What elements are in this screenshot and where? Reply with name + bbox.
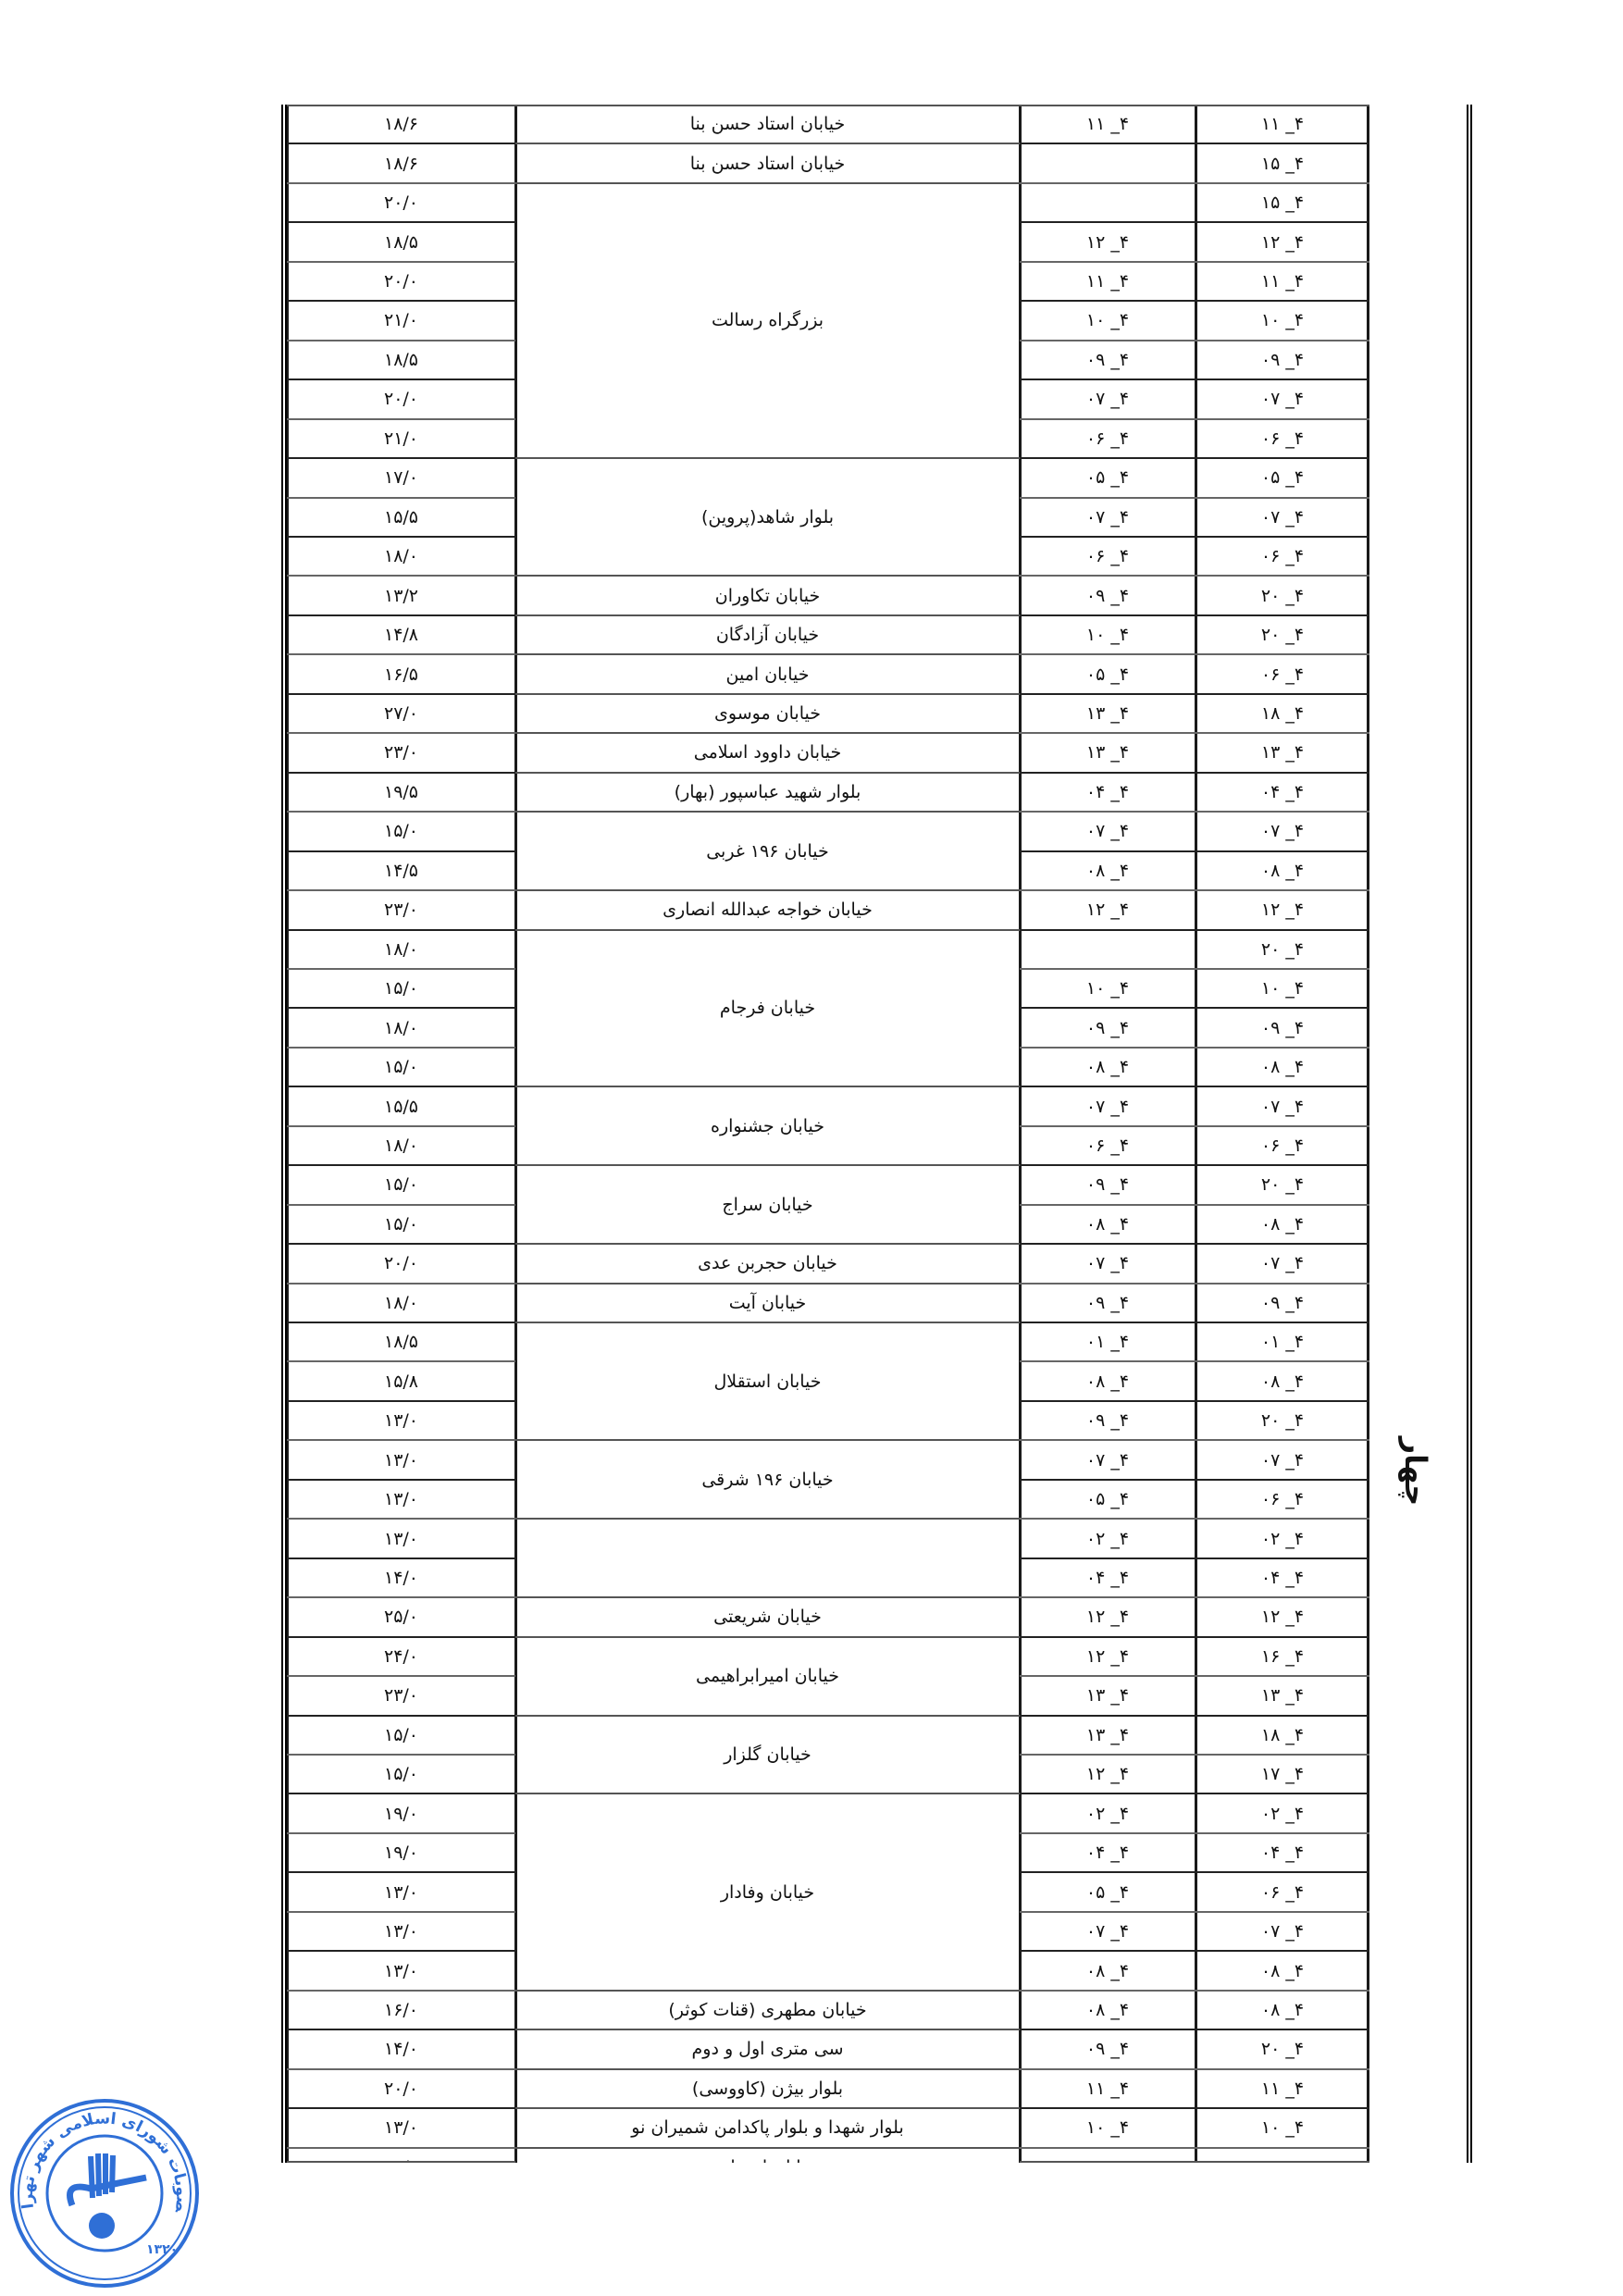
code-a-cell: ۴_ ۰۹ — [1196, 1284, 1369, 1322]
code-a-cell: ۴_ ۲۰ — [1196, 2029, 1369, 2068]
speed-value-cell: ۱۳/۰ — [287, 1872, 515, 1911]
street-name-cell: خیابان حجربن عدی — [515, 1244, 1020, 1283]
code-a-cell: ۴_ ۰۸ — [1196, 1361, 1369, 1400]
code-a-cell: ۴_ ۰۷ — [1196, 1244, 1369, 1283]
code-a-cell: ۴_ ۱۷ — [1196, 1755, 1369, 1793]
code-a-cell: ۴_ ۱۵ — [1196, 183, 1369, 222]
code-a-cell: ۴_ ۰۷ — [1196, 1086, 1369, 1125]
code-a-cell: ۴_ ۰۹ — [1196, 341, 1369, 379]
street-name-cell: خیابان سراج — [515, 1165, 1020, 1244]
speed-value-cell: ۱۸/۰ — [287, 1284, 515, 1322]
outer-border-right — [1467, 105, 1468, 2163]
speed-value-cell: ۲۰/۰ — [287, 1244, 515, 1283]
speed-value-cell: ۱۳/۲ — [287, 576, 515, 614]
code-a-cell: ۴_ ۰۷ — [1196, 1440, 1369, 1479]
code-a-cell: ۴_ ۰۸ — [1196, 1991, 1369, 2029]
code-b-cell: ۴_ ۰۷ — [1020, 498, 1196, 537]
code-b-cell: ۴_ ۰۷ — [1020, 1440, 1196, 1479]
speed-value-cell: ۱۳/۰ — [287, 1951, 515, 1990]
outer-border-right-inner — [1470, 105, 1472, 2163]
table-bottom-border — [287, 2161, 515, 2163]
code-a-cell: ۴_ ۰۶ — [1196, 537, 1369, 576]
code-b-cell: ۴_ ۰۹ — [1020, 2029, 1196, 2068]
code-b-cell: ۴_ ۱۳ — [1020, 1716, 1196, 1755]
code-b-cell: ۴_ ۰۴ — [1020, 1558, 1196, 1597]
code-b-cell: ۴_ ۱۰ — [1020, 969, 1196, 1008]
code-b-cell — [1020, 930, 1196, 969]
code-b-cell: ۴_ ۰۷ — [1020, 1912, 1196, 1951]
speed-value-cell: ۲۷/۰ — [287, 694, 515, 733]
speed-value-cell: ۲۳/۰ — [287, 1676, 515, 1715]
street-name-cell: خیابان استاد حسن بنا — [515, 105, 1020, 143]
speed-value-cell: ۱۸/۰ — [287, 537, 515, 576]
code-a-cell: ۴_ ۱۳ — [1196, 1676, 1369, 1715]
speed-value-cell: ۱۶/۰ — [287, 1991, 515, 2029]
code-a-cell: ۴_ ۰۷ — [1196, 812, 1369, 850]
speed-value-cell: ۲۰/۰ — [287, 262, 515, 301]
code-b-cell: ۴_ ۰۷ — [1020, 379, 1196, 418]
code-a-cell: ۴_ ۱۵ — [1196, 143, 1369, 182]
code-a-cell: ۴_ ۱۰ — [1196, 969, 1369, 1008]
code-b-cell: ۴_ ۱۰ — [1020, 615, 1196, 654]
code-b-cell: ۴_ ۰۹ — [1020, 1401, 1196, 1440]
code-a-cell: ۴_ ۰۹ — [1196, 1008, 1369, 1047]
table-bottom-border — [1020, 2161, 1369, 2163]
code-b-cell: ۴_ ۰۷ — [1020, 1086, 1196, 1125]
street-name-cell: خیابان تکاوران — [515, 576, 1020, 614]
code-b-cell: ۴_ ۰۸ — [1020, 851, 1196, 890]
speed-value-cell: ۱۵/۸ — [287, 1361, 515, 1400]
code-b-cell: ۴_ ۱۱ — [1020, 105, 1196, 143]
speed-value-cell: ۱۳/۰ — [287, 1440, 515, 1479]
speed-value-cell: ۲۳/۰ — [287, 733, 515, 772]
code-b-cell: ۴_ ۰۴ — [1020, 773, 1196, 812]
speed-value-cell: ۱۵/۵ — [287, 498, 515, 537]
code-a-cell: ۴_ ۲۰ — [1196, 1165, 1369, 1204]
code-b-cell: ۴_ ۰۵ — [1020, 654, 1196, 693]
street-name-cell: خیابان احسان — [515, 2148, 1020, 2163]
speed-value-cell: ۲۵/۰ — [287, 1597, 515, 1636]
speed-value-cell: ۱۶/۵ — [287, 654, 515, 693]
speed-value-cell: ۲۰/۰ — [287, 183, 515, 222]
code-a-cell: ۴_ ۰۲ — [1196, 1519, 1369, 1558]
code-a-cell: ۴_ ۰۸ — [1196, 1205, 1369, 1244]
code-a-cell: ۴_ ۲۰ — [1196, 930, 1369, 969]
code-a-cell: ۴_ ۰۶ — [1196, 1126, 1369, 1165]
speed-value-cell: ۱۵/۰ — [287, 1048, 515, 1086]
code-a-cell: ۴_ ۰۷ — [1196, 1912, 1369, 1951]
speed-value-cell: ۱۸/۰ — [287, 1126, 515, 1165]
speed-value-cell: ۱۸/۵ — [287, 1322, 515, 1361]
code-b-cell: ۴_ ۰۱ — [1020, 1322, 1196, 1361]
code-b-cell: ۴_ ۱۰ — [1020, 301, 1196, 340]
code-a-cell: ۴_ ۰۴ — [1196, 773, 1369, 812]
code-b-cell — [1020, 183, 1196, 222]
street-name-cell: خیابان داوود اسلامی — [515, 733, 1020, 772]
code-b-cell: ۴_ ۱۱ — [1020, 262, 1196, 301]
code-b-cell: ۴_ ۱۳ — [1020, 1676, 1196, 1715]
code-b-cell: ۴_ ۰۹ — [1020, 341, 1196, 379]
code-a-cell: ۴_ ۲۰ — [1196, 576, 1369, 614]
code-b-cell: ۴_ ۰۸ — [1020, 1048, 1196, 1086]
code-b-cell: ۴_ ۰۷ — [1020, 1244, 1196, 1283]
code-a-cell: ۴_ ۰۱ — [1196, 1322, 1369, 1361]
street-name-cell — [515, 1519, 1020, 1597]
outer-border-left — [281, 105, 283, 2163]
speed-table: ۱۸/۶۴_ ۱۱۴_ ۱۱۱۸/۶۴_ ۱۵۲۰/۰۴_ ۱۵۱۸/۵۴_ ۱… — [287, 105, 1369, 2163]
code-b-cell: ۴_ ۰۹ — [1020, 1284, 1196, 1322]
code-a-cell: ۴_ ۰۸ — [1196, 1048, 1369, 1086]
street-name-cell: خیابان امین — [515, 654, 1020, 693]
code-b-cell: ۴_ ۰۸ — [1020, 1951, 1196, 1990]
code-a-cell: ۴_ ۱۶ — [1196, 1637, 1369, 1676]
code-b-cell: ۴_ ۱۲ — [1020, 1597, 1196, 1636]
street-name-cell: سی متری اول و دوم — [515, 2029, 1020, 2068]
street-name-cell: خیابان مطهری (قنات کوثر) — [515, 1991, 1020, 2029]
code-a-cell: ۴_ ۰۶ — [1196, 419, 1369, 458]
street-name-cell: خیابان وفادار — [515, 1793, 1020, 1990]
speed-value-cell: ۱۴/۰ — [287, 2029, 515, 2068]
speed-value-cell: ۱۵/۰ — [287, 969, 515, 1008]
street-name-cell: بلوار شاهد(پروین) — [515, 458, 1020, 576]
code-a-cell: ۴_ ۱۱ — [1196, 262, 1369, 301]
code-a-cell: ۴_ ۱۱ — [1196, 105, 1369, 143]
code-a-cell: ۴_ ۱۱ — [1196, 2069, 1369, 2108]
code-b-cell: ۴_ ۰۹ — [1020, 576, 1196, 614]
code-b-cell: ۴_ ۰۲ — [1020, 1519, 1196, 1558]
code-a-cell: ۴_ ۰۶ — [1196, 1872, 1369, 1911]
speed-value-cell: ۱۵/۰ — [287, 1165, 515, 1204]
street-name-cell: خیابان خواجه عبدالله انصاری — [515, 890, 1020, 929]
council-seal-icon: مصوبات شورای اسلامی شهر تهران ۱۳۲۰ — [7, 2096, 202, 2290]
speed-value-cell: ۱۴/۵ — [287, 851, 515, 890]
svg-text:۱۳۲۰: ۱۳۲۰ — [146, 2242, 178, 2257]
code-b-cell: ۴_ ۱۲ — [1020, 222, 1196, 261]
speed-value-cell: ۱۵/۰ — [287, 812, 515, 850]
street-name-cell: بلوار شهید عباسپور (بهار) — [515, 773, 1020, 812]
code-b-cell: ۴_ ۰۴ — [1020, 1833, 1196, 1872]
street-name-cell: خیابان شریعتی — [515, 1597, 1020, 1636]
code-b-cell: ۴_ ۰۸ — [1020, 1991, 1196, 2029]
code-a-cell: ۴_ ۱۰ — [1196, 2108, 1369, 2147]
side-label: چهار — [1388, 1444, 1443, 1499]
speed-value-cell: ۲۰/۰ — [287, 2069, 515, 2108]
code-a-cell: ۴_ ۰۶ — [1196, 1480, 1369, 1519]
code-a-cell: ۴_ ۰۸ — [1196, 851, 1369, 890]
speed-value-cell: ۲۰/۰ — [287, 379, 515, 418]
code-a-cell: ۴_ ۱۰ — [1196, 301, 1369, 340]
speed-value-cell: ۱۳/۰ — [287, 1912, 515, 1951]
code-a-cell: ۴_ ۰۴ — [1196, 1833, 1369, 1872]
street-name-cell: خیابان امیرابراهیمی — [515, 1637, 1020, 1716]
code-a-cell: ۴_ ۱۲ — [1196, 1597, 1369, 1636]
street-name-cell: بلوار شهدا و بلوار پاکدامن شمیران نو — [515, 2108, 1020, 2147]
code-a-cell: ۴_ ۱۸ — [1196, 694, 1369, 733]
speed-value-cell: ۱۵/۰ — [287, 1716, 515, 1755]
code-b-cell: ۴_ ۰۵ — [1020, 458, 1196, 497]
speed-value-cell: ۱۸/۰ — [287, 1008, 515, 1047]
code-a-cell: ۴_ ۱۲ — [1196, 222, 1369, 261]
speed-value-cell: ۱۸/۵ — [287, 222, 515, 261]
speed-value-cell: ۱۳/۰ — [287, 1480, 515, 1519]
code-b-cell: ۴_ ۰۶ — [1020, 419, 1196, 458]
street-name-cell: خیابان موسوی — [515, 694, 1020, 733]
code-b-cell — [1020, 143, 1196, 182]
speed-value-cell: ۱۴/۰ — [287, 1558, 515, 1597]
street-name-cell: خیابان فرجام — [515, 930, 1020, 1087]
code-b-cell: ۴_ ۰۵ — [1020, 1480, 1196, 1519]
street-name-cell: خیابان ۱۹۶ شرقی — [515, 1440, 1020, 1519]
code-b-cell: ۴_ ۰۶ — [1020, 537, 1196, 576]
speed-value-cell: ۱۸/۵ — [287, 341, 515, 379]
code-b-cell: ۴_ ۰۵ — [1020, 1872, 1196, 1911]
speed-value-cell: ۲۳/۰ — [287, 890, 515, 929]
speed-value-cell: ۱۹/۰ — [287, 1793, 515, 1832]
code-a-cell: ۴_ ۰۵ — [1196, 458, 1369, 497]
speed-value-cell: ۱۵/۰ — [287, 1205, 515, 1244]
speed-value-cell: ۱۳/۰ — [287, 2108, 515, 2147]
code-b-cell: ۴_ ۱۳ — [1020, 733, 1196, 772]
code-a-cell: ۴_ ۰۶ — [1196, 654, 1369, 693]
speed-value-cell: ۱۹/۰ — [287, 1833, 515, 1872]
code-a-cell: ۴_ ۱۲ — [1196, 890, 1369, 929]
speed-value-cell: ۱۵/۰ — [287, 1755, 515, 1793]
code-b-cell: ۴_ ۰۹ — [1020, 1165, 1196, 1204]
street-name-cell: خیابان استقلال — [515, 1322, 1020, 1440]
code-b-cell: ۴_ ۱۱ — [1020, 2069, 1196, 2108]
street-name-cell: خیابان آیت — [515, 1284, 1020, 1322]
street-name-cell: بزرگراه رسالت — [515, 183, 1020, 458]
code-b-cell: ۴_ ۱۰ — [1020, 2108, 1196, 2147]
code-b-cell: ۴_ ۱۲ — [1020, 890, 1196, 929]
code-b-cell: ۴_ ۰۸ — [1020, 1205, 1196, 1244]
speed-value-cell: ۱۳/۰ — [287, 1401, 515, 1440]
speed-value-cell: ۱۳/۰ — [287, 1519, 515, 1558]
code-a-cell: ۴_ ۰۷ — [1196, 379, 1369, 418]
speed-value-cell: ۱۴/۸ — [287, 615, 515, 654]
speed-value-cell: ۱۷/۰ — [287, 458, 515, 497]
speed-value-cell: ۲۴/۰ — [287, 1637, 515, 1676]
code-a-cell: ۴_ ۱۳ — [1196, 733, 1369, 772]
speed-value-cell: ۱۸/۶ — [287, 143, 515, 182]
code-a-cell: ۴_ ۲۰ — [1196, 615, 1369, 654]
code-b-cell: ۴_ ۱۳ — [1020, 694, 1196, 733]
code-b-cell: ۴_ ۰۶ — [1020, 1126, 1196, 1165]
code-a-cell: ۴_ ۰۸ — [1196, 1951, 1369, 1990]
code-b-cell: ۴_ ۰۲ — [1020, 1793, 1196, 1832]
code-b-cell: ۴_ ۰۸ — [1020, 1361, 1196, 1400]
code-b-cell: ۴_ ۰۷ — [1020, 812, 1196, 850]
street-name-cell: خیابان گلزار — [515, 1716, 1020, 1794]
speed-value-cell: ۱۸/۰ — [287, 930, 515, 969]
street-name-cell: بلوار بیژن (کاووسی) — [515, 2069, 1020, 2108]
code-b-cell: ۴_ ۱۲ — [1020, 1637, 1196, 1676]
speed-value-cell: ۲۱/۰ — [287, 301, 515, 340]
code-a-cell: ۴_ ۰۴ — [1196, 1558, 1369, 1597]
street-name-cell: خیابان آزادگان — [515, 615, 1020, 654]
code-b-cell: ۴_ ۰۹ — [1020, 1008, 1196, 1047]
speed-value-cell: ۲۱/۰ — [287, 419, 515, 458]
street-name-cell: خیابان ۱۹۶ غربی — [515, 812, 1020, 890]
speed-value-cell: ۱۵/۵ — [287, 1086, 515, 1125]
code-b-cell: ۴_ ۱۲ — [1020, 1755, 1196, 1793]
street-name-cell: خیابان جشنواره — [515, 1086, 1020, 1165]
speed-value-cell: ۱۸/۶ — [287, 105, 515, 143]
speed-value-cell: ۱۹/۵ — [287, 773, 515, 812]
code-a-cell: ۴_ ۰۷ — [1196, 498, 1369, 537]
code-a-cell: ۴_ ۰۲ — [1196, 1793, 1369, 1832]
street-name-cell: خیابان استاد حسن بنا — [515, 143, 1020, 182]
code-a-cell: ۴_ ۲۰ — [1196, 1401, 1369, 1440]
code-a-cell: ۴_ ۱۸ — [1196, 1716, 1369, 1755]
